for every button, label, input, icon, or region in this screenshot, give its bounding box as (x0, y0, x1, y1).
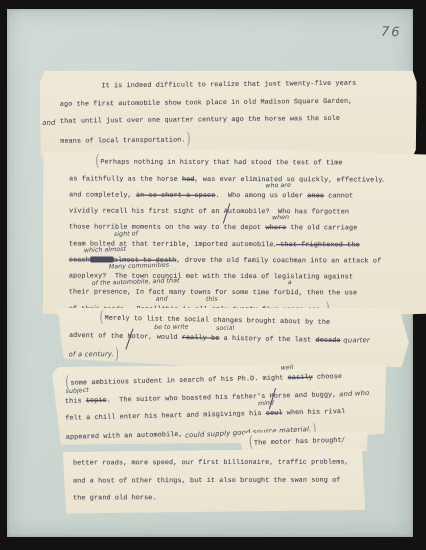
typed-text: ago the first automobile show took place… (60, 97, 353, 108)
margin-note: ≡ (47, 394, 53, 411)
text-line: their presence,of the automobile, and th… (69, 284, 426, 301)
typed-text: better roads, more speed, our first bill… (73, 459, 349, 468)
inserted-word-text: when (272, 210, 290, 227)
inserted-word-text: be to write (154, 319, 189, 337)
clipping-merely-paragraph: (Merely to list the social changes broug… (56, 302, 409, 371)
typed-text: those horrible moments on the way to the… (69, 223, 265, 232)
typed-text: that terrible, imported automobile (132, 241, 274, 249)
handwritten-note: , (274, 236, 277, 252)
typed-text: Perhaps nothing in history that had stoo… (100, 159, 342, 168)
struck-text: that frightened the (276, 241, 360, 249)
inserted-word-text: which almost (84, 242, 127, 259)
margin-note: and (42, 115, 56, 133)
page-number: 76 (381, 25, 402, 41)
photographed-album-page: 76 It is indeed difficult to realize tha… (0, 0, 426, 550)
typed-text: that until just over one quarter century… (60, 115, 340, 126)
typed-text: when his rival (282, 408, 345, 418)
typed-text: vividly recall his first sight of an (69, 207, 224, 216)
typed-text: and a host of other things, but it also … (73, 476, 340, 485)
typed-text: advent of the (69, 332, 128, 341)
pencil-mark: ) (185, 125, 191, 153)
text-line: as faithfully as the horse had, was ever… (69, 170, 426, 188)
text-line: (Perhaps nothing in history that had sto… (69, 153, 426, 171)
inserted-word-text: who are (265, 178, 291, 195)
inserted-word-text: this (206, 292, 218, 308)
inserted-word-text: social (216, 320, 235, 337)
text-line: and completely, in so short a space. Who… (69, 187, 426, 204)
typed-text: The motor has brought (254, 437, 342, 448)
struck-text: decade (315, 337, 340, 345)
slashed-letter: M (127, 329, 132, 346)
typed-text: . The suitor who boasted his father's (107, 393, 270, 405)
inserted-word-text: mind (257, 394, 274, 412)
struck-text: ones (307, 192, 324, 200)
typed-text: felt a chill enter his heart and misgivi… (65, 410, 266, 423)
album-page: 76 It is indeed difficult to realize tha… (7, 9, 413, 537)
typed-text: history of the last (232, 335, 316, 345)
text-line: vividly recall his first sight of an Aut… (69, 203, 426, 220)
typed-text (69, 158, 94, 166)
typed-text: cannot (324, 192, 353, 200)
text-line: and a host of other things, but it also … (73, 472, 365, 491)
typed-text: means of local transportation. (60, 136, 185, 145)
handwritten-note: and who (336, 385, 370, 404)
clipping-main-paragraph: (Perhaps nothing in history that had sto… (43, 148, 426, 318)
typed-text: the old carriage (286, 224, 357, 232)
handwritten-note: , (382, 171, 385, 187)
typed-text: It is indeed difficult to realize that j… (60, 80, 357, 91)
typed-text: orse and buggy, (274, 391, 337, 401)
clipping-closing-paragraph: better roads, more speed, our first bill… (63, 448, 365, 513)
typed-text: id, then the use (290, 289, 357, 297)
handwritten-note: / (341, 434, 344, 446)
pencil-mark: ) (114, 341, 121, 368)
text-line: the grand old horse. (73, 489, 365, 508)
text-line: means of local transportation.) (60, 128, 417, 151)
typed-text: appeared with an automobile, (66, 431, 183, 442)
handwritten-note: quarter (341, 332, 370, 349)
typed-text: as faithfully as the horse (69, 175, 182, 183)
inserted-word-text: of the automobile, and that (91, 273, 179, 292)
handwritten-note: of a century. (69, 346, 114, 363)
inserted-word-text: sight of (113, 226, 137, 243)
text-line: better roads, more speed, our first bill… (73, 454, 365, 473)
typed-text (69, 314, 98, 323)
typed-text: choose (313, 373, 342, 382)
typed-text: the grand old horse. (73, 494, 157, 502)
inserted-word-text: and (155, 292, 167, 308)
slashed-letter: A (224, 204, 228, 220)
typed-text: and completely, (69, 191, 136, 199)
struck-text: in so short a space (136, 192, 215, 200)
text-line: (The motor has brought/ (248, 433, 368, 450)
inserted-word-text: subject (65, 382, 89, 400)
typed-text: , drove the old family coachman into an … (176, 257, 381, 266)
typed-text: some ambitious student in search of his … (70, 374, 287, 387)
struck-text: had (182, 176, 195, 184)
